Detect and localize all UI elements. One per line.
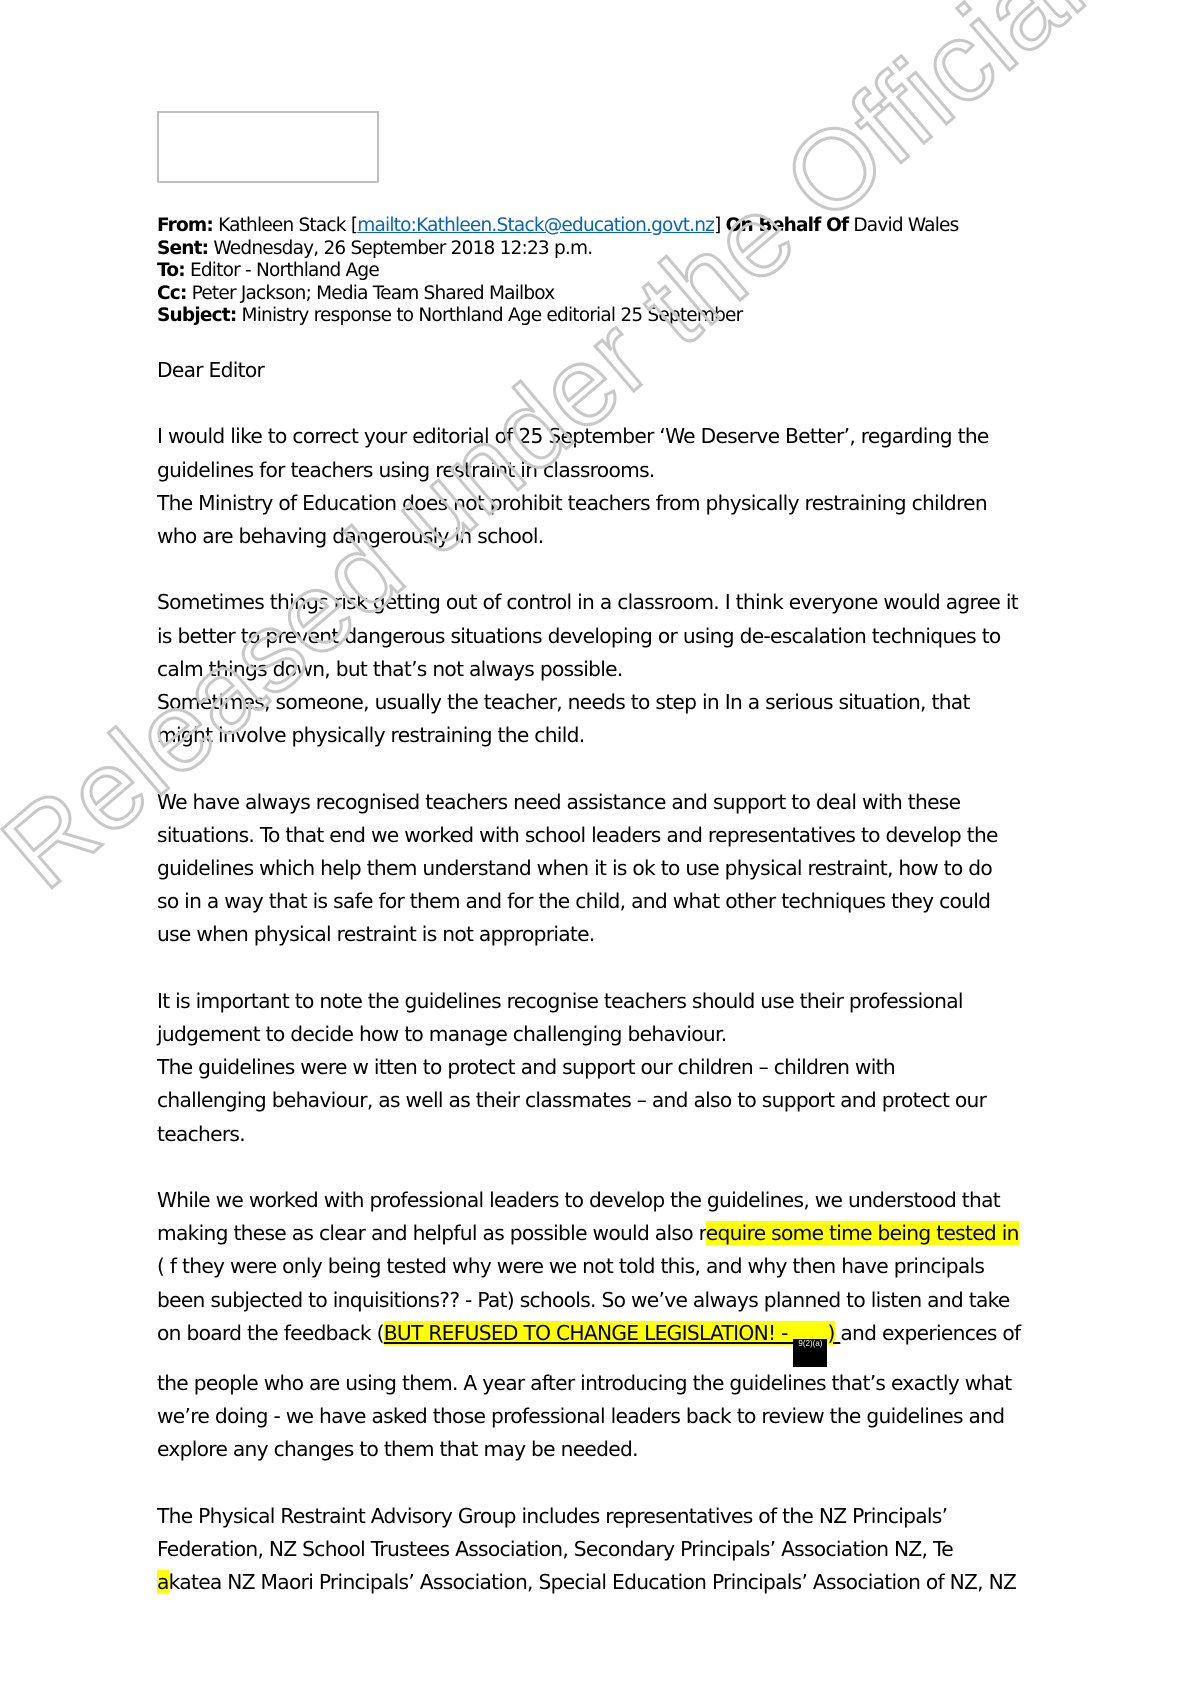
cc-value: Peter Jackson; Media Team Shared Mailbox	[192, 283, 555, 304]
p6-line: The Physical Restraint Advisory Group in…	[157, 1500, 1057, 1533]
subject-row: Subject: Ministry response to Northland …	[157, 305, 958, 328]
to-value: Editor - Northland Age	[190, 260, 379, 281]
p5-line: ( f they were only being tested why were…	[157, 1250, 1057, 1283]
p5-line: making these as clear and helpful as pos…	[157, 1217, 1057, 1250]
redacted-logo-box	[157, 111, 379, 183]
p3-line: so in a way that is safe for them and fo…	[157, 885, 1057, 918]
p2-line: is better to prevent dangerous situation…	[157, 620, 1057, 653]
paragraph-6: The Physical Restraint Advisory Group in…	[157, 1500, 1057, 1600]
p1-line: who are behaving dangerously in school.	[157, 520, 1057, 553]
bracket-close: ]	[714, 215, 720, 236]
redaction-code: 9(2)(a)	[798, 1339, 822, 1348]
p1-line: I would like to correct your editorial o…	[157, 420, 1057, 453]
p2-line: Sometimes, someone, usually the teacher,…	[157, 686, 1057, 719]
cc-label: Cc:	[157, 283, 187, 304]
to-label: To:	[157, 260, 185, 281]
p5-text: and experiences of	[840, 1321, 1020, 1345]
cc-row: Cc: Peter Jackson; Media Team Shared Mai…	[157, 283, 958, 306]
paragraph-3: We have always recognised teachers need …	[157, 786, 1057, 952]
on-behalf-label: On Behalf Of	[726, 215, 849, 236]
letter-body: Dear Editor I would like to correct your…	[157, 354, 1057, 1632]
p6-text: katea NZ Maori Principals’ Association, …	[169, 1570, 1016, 1594]
redaction-block: 9(2)(a)	[793, 1339, 827, 1367]
paragraph-1: I would like to correct your editorial o…	[157, 420, 1057, 553]
p4-line: judgement to decide how to manage challe…	[157, 1018, 1057, 1051]
p6-line: akatea NZ Maori Principals’ Association,…	[157, 1566, 1057, 1599]
p5-line: on board the feedback (BUT REFUSED TO CH…	[157, 1317, 1057, 1367]
p1-line: The Ministry of Education does not prohi…	[157, 487, 1057, 520]
p4-line: The guidelines were w itten to protect a…	[157, 1051, 1057, 1084]
p2-line: might involve physically restraining the…	[157, 719, 1057, 752]
comment-text: BUT REFUSED TO CHANGE LEGISLATION! -	[384, 1321, 794, 1345]
paragraph-4: It is important to note the guidelines r…	[157, 985, 1057, 1151]
p3-line: situations. To that end we worked with s…	[157, 819, 1057, 852]
from-email-link[interactable]: mailto:Kathleen.Stack@education.govt.nz	[357, 215, 714, 236]
p4-line: teachers.	[157, 1118, 1057, 1151]
from-name: Kathleen Stack	[218, 215, 346, 236]
p2-line: Sometimes things risk getting out of con…	[157, 586, 1057, 619]
from-row: From: Kathleen Stack [mailto:Kathleen.St…	[157, 215, 958, 238]
highlighted-char: a	[157, 1570, 169, 1594]
p5-line: While we worked with professional leader…	[157, 1184, 1057, 1217]
subject-value: Ministry response to Northland Age edito…	[242, 305, 743, 326]
email-header: From: Kathleen Stack [mailto:Kathleen.St…	[157, 215, 958, 328]
p4-line: It is important to note the guidelines r…	[157, 985, 1057, 1018]
salutation-text: Dear Editor	[157, 354, 1057, 387]
subject-label: Subject:	[157, 305, 236, 326]
paragraph-2: Sometimes things risk getting out of con…	[157, 586, 1057, 752]
p6-line: Federation, NZ School Trustees Associati…	[157, 1533, 1057, 1566]
p5-text: on board the feedback (	[157, 1321, 384, 1345]
highlighted-comment: BUT REFUSED TO CHANGE LEGISLATION! - 9(2…	[384, 1321, 835, 1345]
on-behalf-name: David Wales	[853, 215, 958, 236]
sent-row: Sent: Wednesday, 26 September 2018 12:23…	[157, 238, 958, 261]
salutation: Dear Editor	[157, 354, 1057, 387]
sent-label: Sent:	[157, 238, 208, 259]
p4-line: challenging behaviour, as well as their …	[157, 1084, 1057, 1117]
p5-line: the people who are using them. A year af…	[157, 1367, 1057, 1400]
p5-line: we’re doing - we have asked those profes…	[157, 1400, 1057, 1433]
p3-line: guidelines which help them understand wh…	[157, 852, 1057, 885]
p5-line: been subjected to inquisitions?? - Pat) …	[157, 1284, 1057, 1317]
p5-line: explore any changes to them that may be …	[157, 1433, 1057, 1466]
sent-value: Wednesday, 26 September 2018 12:23 p.m.	[213, 238, 592, 259]
p1-line: guidelines for teachers using restraint …	[157, 454, 1057, 487]
highlighted-annotation: equire some time being tested in	[706, 1221, 1019, 1245]
comment-close: )	[827, 1321, 834, 1345]
p3-line: We have always recognised teachers need …	[157, 786, 1057, 819]
paragraph-5: While we worked with professional leader…	[157, 1184, 1057, 1466]
from-label: From:	[157, 215, 213, 236]
p5-text: making these as clear and helpful as pos…	[157, 1221, 706, 1245]
p2-line: calm things down, but that’s not always …	[157, 653, 1057, 686]
to-row: To: Editor - Northland Age	[157, 260, 958, 283]
p3-line: use when physical restraint is not appro…	[157, 918, 1057, 951]
